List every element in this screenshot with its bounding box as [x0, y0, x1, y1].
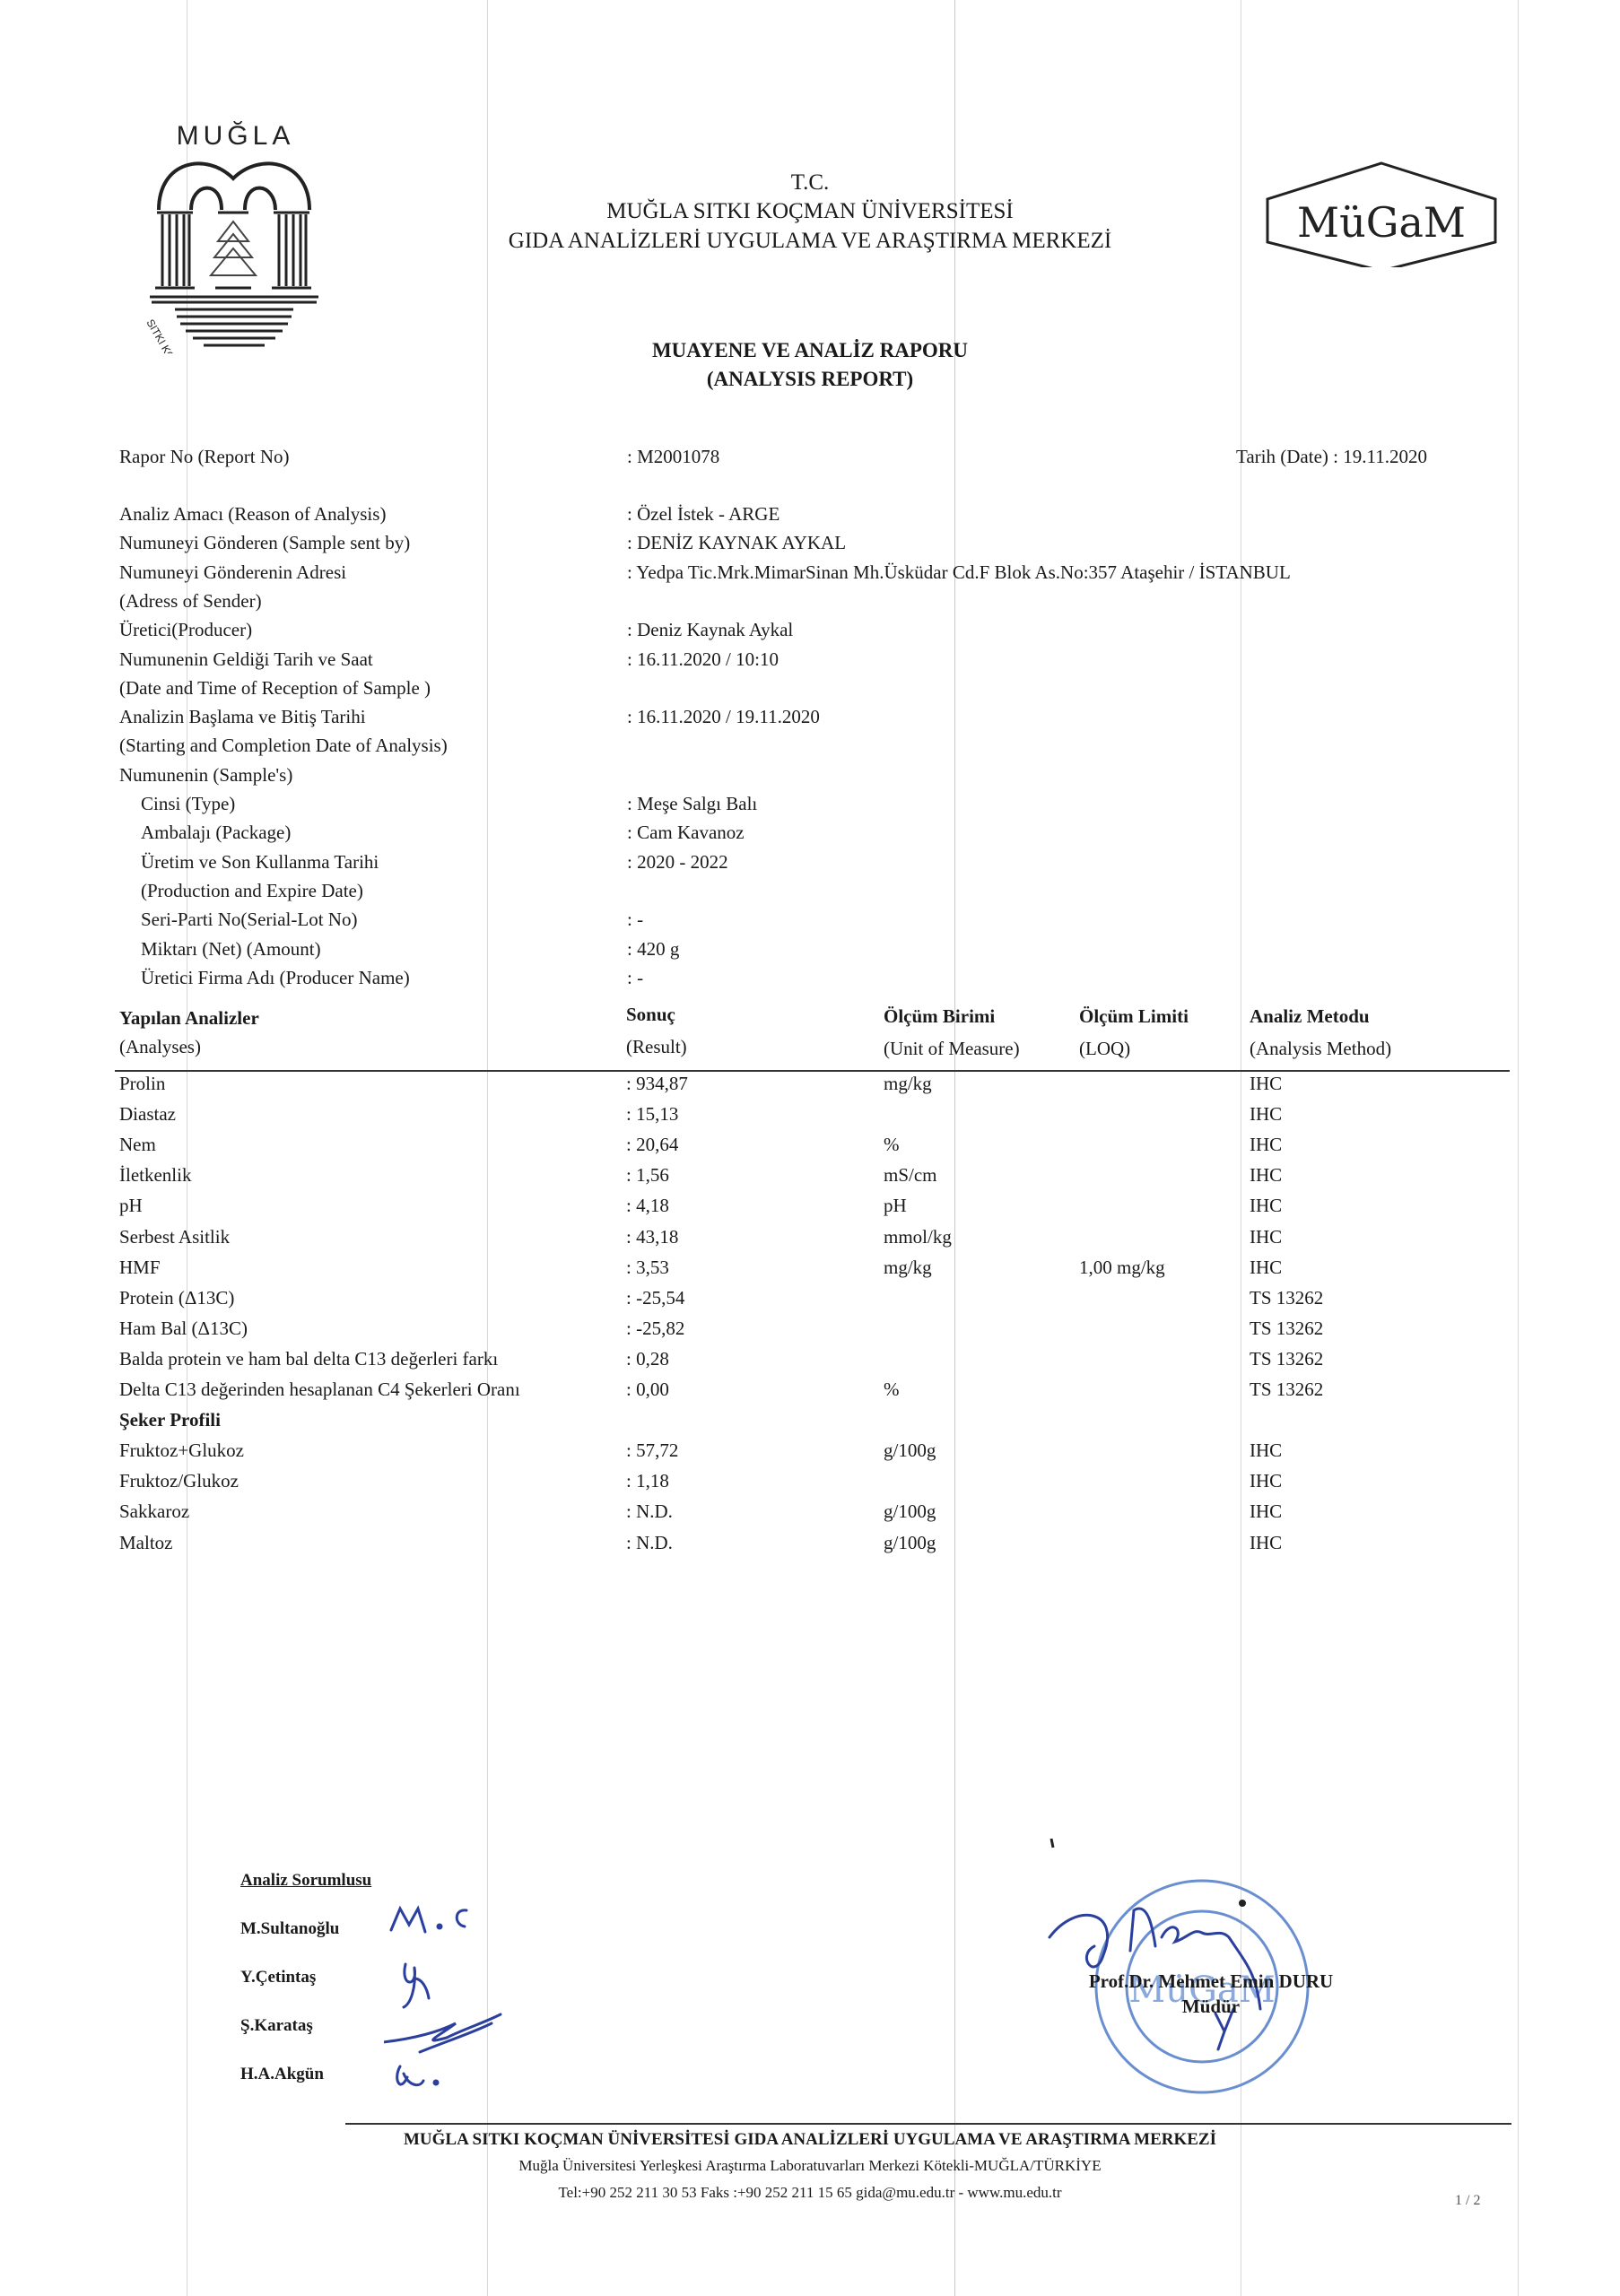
info-value: : Cam Kavanoz — [627, 818, 745, 847]
analysis-name: Sakkaroz — [119, 1500, 189, 1523]
unit-value: mS/cm — [884, 1164, 937, 1187]
info-label: Cinsi (Type) — [141, 789, 235, 818]
footer-contact: Tel:+90 252 211 30 53 Faks :+90 252 211 … — [0, 2184, 1620, 2202]
info-label: (Starting and Completion Date of Analysi… — [119, 731, 448, 760]
info-row: Üretici Firma Adı (Producer Name): - — [119, 963, 1519, 992]
logo-title: MUĞLA — [139, 121, 332, 152]
analysis-name: Fruktoz+Glukoz — [119, 1439, 244, 1462]
info-label: Numuneyi Gönderenin Adresi — [119, 558, 346, 587]
info-row: Analizin Başlama ve Bitiş Tarihi: 16.11.… — [119, 702, 1519, 731]
analysis-name: Maltoz — [119, 1532, 172, 1554]
analysis-name: Delta C13 değerinden hesaplanan C4 Şeker… — [119, 1378, 520, 1401]
unit-value: pH — [884, 1195, 907, 1217]
method-value: IHC — [1250, 1257, 1282, 1279]
footer-institution: MUĞLA SITKI KOÇMAN ÜNİVERSİTESİ GIDA ANA… — [0, 2130, 1620, 2150]
table-row: Maltoz: N.D.g/100gIHC — [0, 1532, 1620, 1562]
method-value: TS 13262 — [1250, 1348, 1323, 1370]
table-row: Fruktoz/Glukoz: 1,18IHC — [0, 1470, 1620, 1500]
method-value: IHC — [1250, 1073, 1282, 1095]
analysis-name: HMF — [119, 1257, 161, 1279]
table-row: Fruktoz+Glukoz: 57,72g/100gIHC — [0, 1439, 1620, 1470]
header-analyses: Yapılan Analizler — [119, 1007, 259, 1030]
mugam-hexagon-icon: MüGaM — [1260, 160, 1502, 267]
info-label: Analizin Başlama ve Bitiş Tarihi — [119, 702, 366, 731]
info-value: : 420 g — [627, 935, 679, 963]
method-value: TS 13262 — [1250, 1378, 1323, 1401]
analyst-name: Y.Çetintaş — [240, 1968, 316, 1987]
info-label: Numuneyi Gönderen (Sample sent by) — [119, 528, 410, 557]
info-value: : DENİZ KAYNAK AYKAL — [627, 528, 846, 557]
info-row: Numunenin (Sample's) — [119, 761, 1519, 789]
result-value: : 0,28 — [626, 1348, 669, 1370]
analyst-name: Ş.Karataş — [240, 2016, 313, 2036]
info-value: : Yedpa Tic.Mrk.MimarSinan Mh.Üsküdar Cd… — [627, 558, 1291, 587]
info-row: (Date and Time of Reception of Sample ) — [119, 674, 1519, 702]
method-value: IHC — [1250, 1164, 1282, 1187]
info-label: Seri-Parti No(Serial-Lot No) — [141, 905, 357, 934]
mugam-logo: MüGaM — [1260, 160, 1502, 267]
analysis-name: Fruktoz/Glukoz — [119, 1470, 239, 1492]
info-value: : Meşe Salgı Balı — [627, 789, 757, 818]
info-row: Cinsi (Type): Meşe Salgı Balı — [119, 789, 1519, 818]
info-value: : 16.11.2020 / 10:10 — [627, 645, 779, 674]
result-value: : -25,54 — [626, 1287, 684, 1309]
unit-value: mmol/kg — [884, 1226, 952, 1248]
result-value: : 43,18 — [626, 1226, 678, 1248]
director-title: Müdür — [1032, 1994, 1390, 2019]
info-label: Üretici Firma Adı (Producer Name) — [141, 963, 410, 992]
report-title: MUAYENE VE ANALİZ RAPORU — [0, 336, 1620, 364]
info-row: (Starting and Completion Date of Analysi… — [119, 731, 1519, 760]
header-loq: Ölçüm Limiti — [1079, 1005, 1189, 1028]
info-label: (Adress of Sender) — [119, 587, 262, 615]
analysis-name: Protein (Δ13C) — [119, 1287, 234, 1309]
info-row: Analiz Amacı (Reason of Analysis): Özel … — [119, 500, 1519, 528]
method-value: IHC — [1250, 1103, 1282, 1126]
result-value: : 934,87 — [626, 1073, 688, 1095]
report-no-label: Rapor No (Report No) — [119, 442, 290, 471]
info-row: Ambalajı (Package): Cam Kavanoz — [119, 818, 1519, 847]
unit-value: mg/kg — [884, 1073, 932, 1095]
result-value: : N.D. — [626, 1500, 673, 1523]
method-value: TS 13262 — [1250, 1287, 1323, 1309]
table-row: Protein (Δ13C): -25,54TS 13262 — [0, 1287, 1620, 1318]
result-value: : 20,64 — [626, 1134, 678, 1156]
result-value: : 1,56 — [626, 1164, 669, 1187]
info-value: : Deniz Kaynak Aykal — [627, 615, 793, 644]
info-label: Üretim ve Son Kullanma Tarihi — [141, 848, 379, 876]
header-method: Analiz Metodu — [1250, 1005, 1370, 1028]
info-label: Üretici(Producer) — [119, 615, 252, 644]
info-row: Miktarı (Net) (Amount): 420 g — [119, 935, 1519, 963]
loq-value: 1,00 mg/kg — [1079, 1257, 1165, 1279]
info-row: Numuneyi Gönderenin Adresi: Yedpa Tic.Mr… — [119, 558, 1519, 587]
method-value: TS 13262 — [1250, 1318, 1323, 1340]
info-label: Miktarı (Net) (Amount) — [141, 935, 321, 963]
header-loq-en: (LOQ) — [1079, 1038, 1130, 1060]
unit-value: g/100g — [884, 1439, 936, 1462]
info-row: Seri-Parti No(Serial-Lot No): - — [119, 905, 1519, 934]
svg-text:MüGaM: MüGaM — [1297, 198, 1466, 247]
header-result-en: (Result) — [626, 1036, 687, 1058]
analysis-name: Prolin — [119, 1073, 165, 1095]
info-value: : - — [627, 963, 643, 992]
method-value: IHC — [1250, 1226, 1282, 1248]
table-header-divider — [115, 1070, 1510, 1072]
info-row: Numunenin Geldiği Tarih ve Saat: 16.11.2… — [119, 645, 1519, 674]
result-value: : -25,82 — [626, 1318, 684, 1340]
table-row: İletkenlik: 1,56mS/cmIHC — [0, 1164, 1620, 1195]
table-row: HMF: 3,53mg/kg1,00 mg/kgIHC — [0, 1257, 1620, 1287]
handwritten-signatures-icon — [384, 1853, 563, 2104]
info-value: : Özel İstek - ARGE — [627, 500, 780, 528]
director-name: Prof.Dr. Mehmet Emin DURU — [1032, 1969, 1390, 1994]
unit-value: g/100g — [884, 1532, 936, 1554]
header-result: Sonuç — [626, 1004, 675, 1026]
method-value: IHC — [1250, 1500, 1282, 1523]
result-value: : 4,18 — [626, 1195, 669, 1217]
header-unit-en: (Unit of Measure) — [884, 1038, 1020, 1060]
unit-value: % — [884, 1378, 900, 1401]
header-unit: Ölçüm Birimi — [884, 1005, 995, 1028]
report-subtitle: (ANALYSIS REPORT) — [0, 365, 1620, 394]
unit-value: % — [884, 1134, 900, 1156]
info-value: : 2020 - 2022 — [627, 848, 728, 876]
method-value: IHC — [1250, 1470, 1282, 1492]
table-section-heading: Şeker Profili — [0, 1409, 1620, 1439]
info-label: (Date and Time of Reception of Sample ) — [119, 674, 431, 702]
footer-address: Muğla Üniversitesi Yerleşkesi Araştırma … — [0, 2157, 1620, 2175]
result-value: : 3,53 — [626, 1257, 669, 1279]
analysts-heading: Analiz Sorumlusu — [240, 1871, 371, 1891]
info-label: Analiz Amacı (Reason of Analysis) — [119, 500, 386, 528]
unit-value: mg/kg — [884, 1257, 932, 1279]
info-value: : - — [627, 905, 643, 934]
analyst-name: H.A.Akgün — [240, 2065, 324, 2084]
info-row: Numuneyi Gönderen (Sample sent by): DENİ… — [119, 528, 1519, 557]
method-value: IHC — [1250, 1134, 1282, 1156]
analysis-name: Diastaz — [119, 1103, 176, 1126]
method-value: IHC — [1250, 1532, 1282, 1554]
page-number: 1 / 2 — [1455, 2193, 1480, 2209]
result-value: : 57,72 — [626, 1439, 678, 1462]
table-row: Prolin: 934,87mg/kgIHC — [0, 1073, 1620, 1103]
table-row: Ham Bal (Δ13C): -25,82TS 13262 — [0, 1318, 1620, 1348]
info-label: Numunenin Geldiği Tarih ve Saat — [119, 645, 373, 674]
header-analyses-en: (Analyses) — [119, 1036, 201, 1058]
header-method-en: (Analysis Method) — [1250, 1038, 1391, 1060]
info-label: Ambalajı (Package) — [141, 818, 291, 847]
info-row: Üretici(Producer): Deniz Kaynak Aykal — [119, 615, 1519, 644]
table-row: Nem: 20,64%IHC — [0, 1134, 1620, 1164]
method-value: IHC — [1250, 1195, 1282, 1217]
analyst-name: M.Sultanoğlu — [240, 1919, 339, 1939]
result-value: : 15,13 — [626, 1103, 678, 1126]
report-no-value: : M2001078 — [627, 442, 719, 471]
report-no-row: Rapor No (Report No) : M2001078 Tarih (D… — [119, 442, 1519, 471]
footer-divider — [345, 2123, 1511, 2125]
table-row: Serbest Asitlik: 43,18mmol/kgIHC — [0, 1226, 1620, 1257]
info-label: Numunenin (Sample's) — [119, 761, 292, 789]
method-value: IHC — [1250, 1439, 1282, 1462]
result-value: : N.D. — [626, 1532, 673, 1554]
analysis-name: pH — [119, 1195, 143, 1217]
unit-value: g/100g — [884, 1500, 936, 1523]
result-value: : 1,18 — [626, 1470, 669, 1492]
table-row: Balda protein ve ham bal delta C13 değer… — [0, 1348, 1620, 1378]
analysis-name: Şeker Profili — [119, 1409, 221, 1431]
analysis-name: Balda protein ve ham bal delta C13 değer… — [119, 1348, 498, 1370]
info-label: (Production and Expire Date) — [141, 876, 363, 905]
report-date: Tarih (Date) : 19.11.2020 — [1236, 442, 1427, 471]
table-row: Sakkaroz: N.D.g/100gIHC — [0, 1500, 1620, 1531]
analysis-name: Ham Bal (Δ13C) — [119, 1318, 248, 1340]
analysis-name: Nem — [119, 1134, 156, 1156]
director-block: Prof.Dr. Mehmet Emin DURU Müdür — [1032, 1969, 1390, 2019]
analysis-name: İletkenlik — [119, 1164, 191, 1187]
info-value: : 16.11.2020 / 19.11.2020 — [627, 702, 820, 731]
table-row: pH: 4,18pHIHC — [0, 1195, 1620, 1225]
table-row: Diastaz: 15,13IHC — [0, 1103, 1620, 1134]
info-row: Üretim ve Son Kullanma Tarihi: 2020 - 20… — [119, 848, 1519, 876]
table-row: Delta C13 değerinden hesaplanan C4 Şeker… — [0, 1378, 1620, 1409]
result-value: : 0,00 — [626, 1378, 669, 1401]
info-row: (Adress of Sender) — [119, 587, 1519, 615]
analysis-name: Serbest Asitlik — [119, 1226, 230, 1248]
info-row: (Production and Expire Date) — [119, 876, 1519, 905]
